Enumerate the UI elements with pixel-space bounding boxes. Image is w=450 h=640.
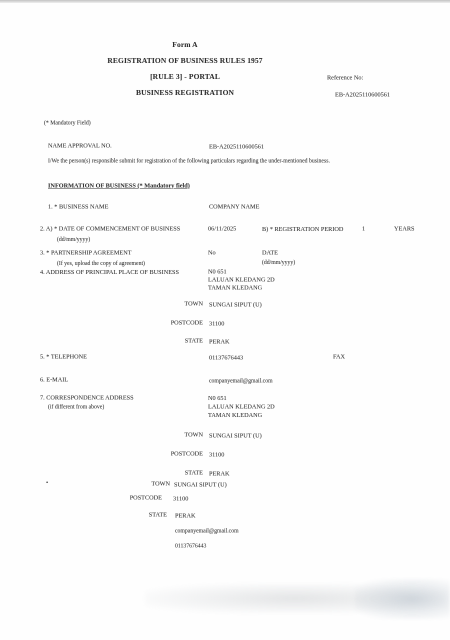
- principal-postcode-label: POSTCODE: [120, 319, 203, 327]
- correspondence-address-line2: LALUAN KLEDANG 2D: [208, 403, 275, 412]
- correspondence-address-hint: (if different from above): [48, 404, 104, 410]
- commencement-date-value: 06/11/2025: [208, 225, 236, 233]
- principal-postcode-value: 31100: [209, 320, 224, 328]
- partnership-agreement-label: 3. * PARTNERSHIP AGREEMENT: [40, 249, 132, 257]
- principal-state-label: STATE: [120, 337, 203, 345]
- registration-period-label: B) * REGISTRATION PERIOD: [262, 225, 348, 233]
- business-name-label: 1. * BUSINESS NAME: [48, 203, 108, 211]
- correspondence-address-label: 7. CORRESPONDENCE ADDRESS: [40, 394, 134, 402]
- correspondence-state-value: PERAK: [209, 470, 229, 478]
- partner-town-label: TOWN: [90, 480, 170, 488]
- principal-town-value: SUNGAI SIPUT (U): [209, 301, 262, 309]
- section-title-information-of-business: INFORMATION OF BUSINESS (* Mandatory fie…: [48, 182, 190, 190]
- correspondence-address-line1: N0 651: [208, 394, 275, 403]
- reference-no-label: Reference No:: [327, 74, 363, 82]
- correspondence-address-value: N0 651 LALUAN KLEDANG 2D TAMAN KLEDANG: [208, 394, 275, 420]
- mandatory-field-note: (* Mandatory Field): [44, 120, 91, 126]
- correspondence-postcode-value: 31100: [209, 451, 224, 459]
- name-approval-value: EB-A2025110600561: [209, 143, 264, 151]
- correspondence-postcode-label: POSTCODE: [120, 450, 203, 458]
- principal-address-line2: LALUAN KLEDANG 2D: [208, 276, 275, 284]
- partner-town-value: SUNGAI SIPUT (U): [174, 481, 227, 489]
- scan-smudge-artifact-dark: [355, 579, 450, 619]
- correspondence-town-label: TOWN: [120, 431, 203, 439]
- name-approval-label: NAME APPROVAL NO.: [48, 142, 112, 150]
- declaration-text: I/We the person(s) responsible submit fo…: [48, 158, 330, 164]
- principal-address-label: 4. ADDRESS OF PRINCIPAL PLACE OF BUSINES…: [40, 269, 179, 277]
- principal-state-value: PERAK: [209, 338, 229, 346]
- partnership-agreement-hint: (If yes, upload the copy of agreement): [57, 261, 145, 267]
- scanned-document-page: Form A REGISTRATION OF BUSINESS RULES 19…: [0, 0, 450, 640]
- registration-period-unit: YEARS: [394, 225, 414, 233]
- partner-postcode-label: POSTCODE: [82, 494, 162, 502]
- form-subtitle-rules: REGISTRATION OF BUSINESS RULES 1957: [0, 57, 370, 66]
- email-value: companyemail@gmail.com: [209, 378, 273, 384]
- commencement-date-format-hint: (dd/mm/yyyy): [57, 237, 90, 243]
- correspondence-address-line3: TAMAN KLEDANG: [208, 411, 275, 420]
- partner-bullet: •: [46, 479, 48, 487]
- partnership-date-format-hint: (dd/mm/yyyy): [262, 260, 295, 266]
- business-name-value: COMPANY NAME: [209, 203, 259, 211]
- correspondence-town-value: SUNGAI SIPUT (U): [209, 432, 262, 440]
- partner-state-label: STATE: [87, 511, 167, 519]
- form-subtitle-rule3-portal: [RULE 3] - PORTAL: [0, 73, 370, 82]
- telephone-label: 5. * TELEPHONE: [40, 353, 87, 361]
- partnership-date-label: DATE: [262, 249, 278, 257]
- registration-period-value: 1: [362, 225, 365, 233]
- partner-email-value: companyemail@gmail.com: [175, 528, 239, 534]
- principal-address-line1: N0 651: [208, 268, 275, 276]
- partner-state-value: PERAK: [175, 512, 195, 520]
- telephone-value: 01137676443: [209, 354, 243, 362]
- commencement-date-label: 2. A) * DATE OF COMMENCEMENT OF BUSINESS: [40, 225, 180, 233]
- form-a-document: Form A REGISTRATION OF BUSINESS RULES 19…: [0, 0, 450, 640]
- scan-edge-bar: [0, 0, 450, 3]
- partnership-agreement-value: No: [208, 249, 216, 257]
- reference-no-value: EB-A2025110600561: [335, 91, 390, 99]
- form-subtitle-business-registration: BUSINESS REGISTRATION: [0, 89, 370, 98]
- email-label: 6. E-MAIL: [40, 376, 68, 384]
- principal-address-value: N0 651 LALUAN KLEDANG 2D TAMAN KLEDANG: [208, 268, 275, 292]
- form-title: Form A: [0, 41, 370, 50]
- partner-postcode-value: 31100: [173, 495, 188, 503]
- fax-label: FAX: [333, 353, 345, 361]
- correspondence-state-label: STATE: [120, 469, 203, 477]
- partner-telephone-value: 01137676443: [175, 543, 206, 549]
- principal-town-label: TOWN: [120, 300, 203, 308]
- principal-address-line3: TAMAN KLEDANG: [208, 284, 275, 292]
